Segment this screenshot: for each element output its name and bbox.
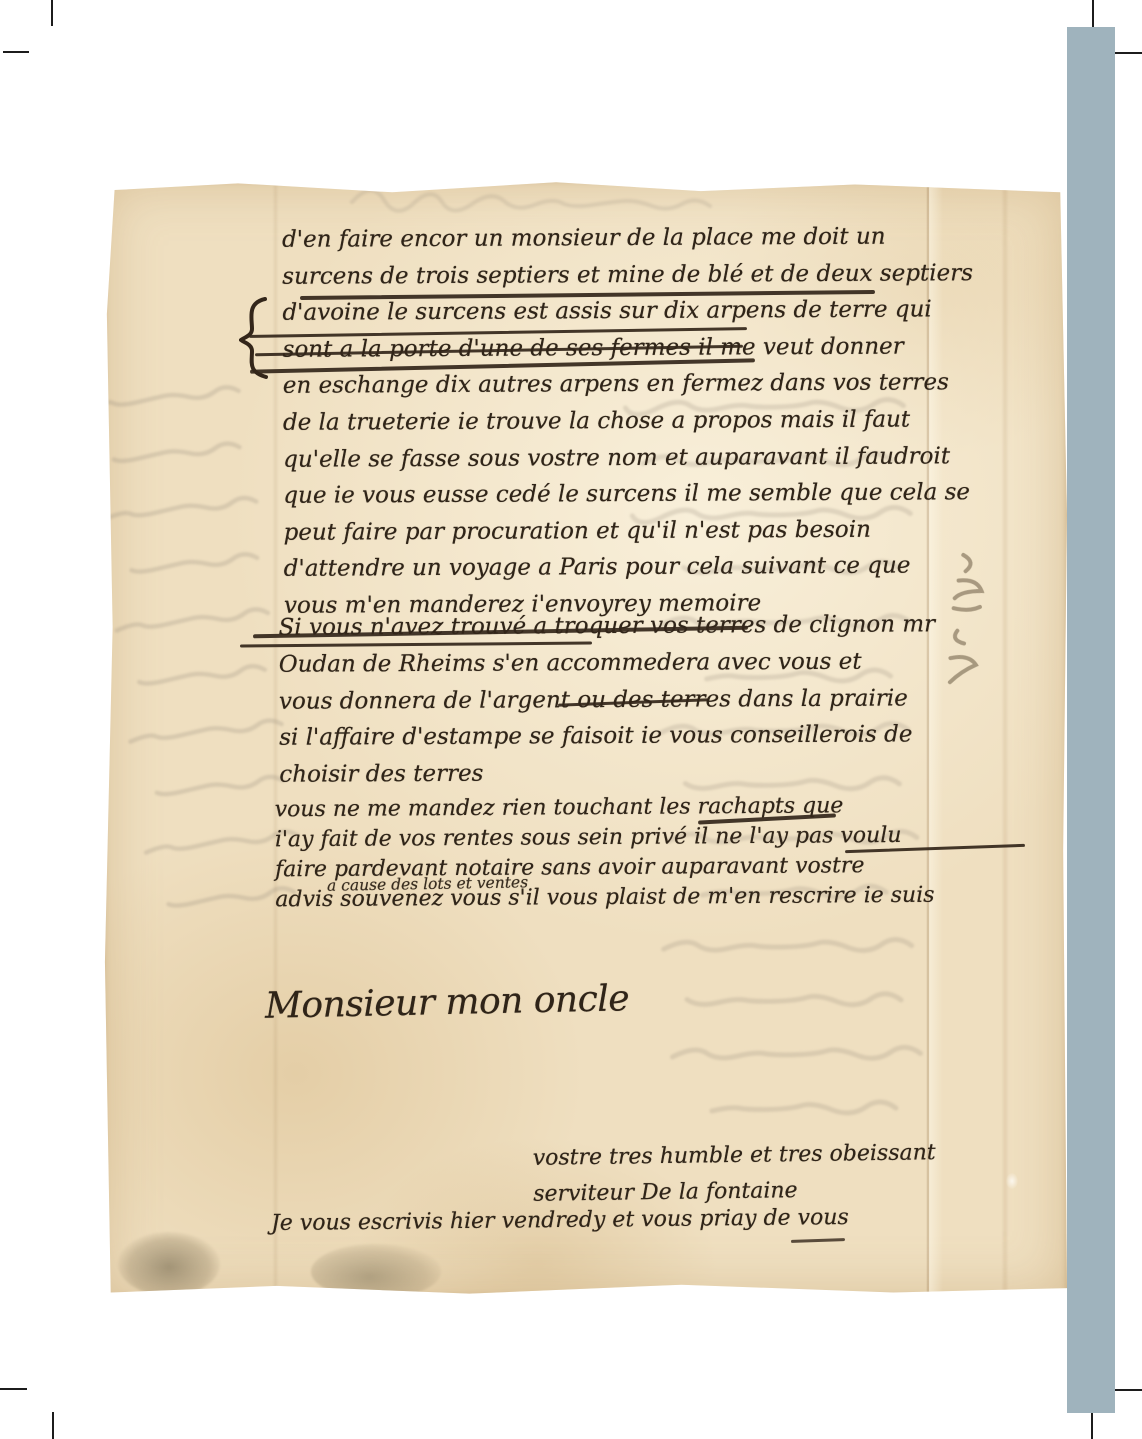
crop-mark-bottom-right-vertical bbox=[1091, 1413, 1093, 1439]
scanned-page: d'en faire encor un monsieur de la place… bbox=[0, 0, 1142, 1439]
crop-mark-top-right-horizontal bbox=[1115, 52, 1142, 54]
letter-line: si l'affaire d'estampe se faisoit ie vou… bbox=[279, 717, 936, 757]
letter-line: d'attendre un voyage a Paris pour cela s… bbox=[284, 548, 975, 588]
vertical-crease-right bbox=[1003, 180, 1007, 1297]
letter-line: de la trueterie ie trouve la chose a pro… bbox=[283, 401, 974, 441]
letter-line: que ie vous eusse cedé le surcens il me … bbox=[283, 474, 974, 514]
interline-insertion: a cause des lots et ventes bbox=[327, 873, 528, 895]
salutation: Monsieur mon oncle bbox=[265, 978, 630, 1027]
manuscript-sheet: d'en faire encor un monsieur de la place… bbox=[103, 180, 1067, 1297]
letter-line: i'ay fait de vos rentes sous sein privé … bbox=[275, 821, 934, 856]
letter-line: vous donnera de l'argent ou des terres d… bbox=[279, 680, 936, 720]
crop-mark-top-left-vertical bbox=[51, 0, 53, 26]
letter-line: vous ne me mandez rien touchant les rach… bbox=[275, 791, 934, 826]
letter-line: Oudan de Rheims s'en accommedera avec vo… bbox=[279, 643, 936, 683]
paper-stain bbox=[118, 1232, 220, 1296]
letter-line: surcens de trois septiers et mine de blé… bbox=[282, 255, 973, 295]
closing-and-signature: vostre tres humble et tres obeissant ser… bbox=[533, 1135, 937, 1213]
letter-line: qu'elle se fasse sous vostre nom et aupa… bbox=[283, 438, 974, 478]
letter-line: choisir des terres bbox=[279, 753, 936, 793]
letter-paragraph-1: d'en faire encor un monsieur de la place… bbox=[282, 218, 975, 624]
crop-mark-bottom-left-horizontal bbox=[0, 1388, 27, 1390]
crop-mark-top-right-vertical bbox=[1092, 0, 1094, 27]
crop-mark-bottom-left-vertical bbox=[52, 1412, 54, 1439]
paper-stain bbox=[311, 1244, 441, 1299]
closing-line: vostre tres humble et tres obeissant bbox=[533, 1135, 936, 1177]
ink-underline bbox=[791, 1238, 845, 1242]
crop-mark-bottom-right-horizontal bbox=[1115, 1389, 1142, 1391]
letter-paragraph-3: vous ne me mandez rien touchant les rach… bbox=[275, 791, 935, 916]
margin-color-bar bbox=[1067, 27, 1115, 1413]
paper-flaw-spot bbox=[1006, 1173, 1018, 1189]
letter-line: Si vous n'avez trouvé a troquer vos terr… bbox=[279, 606, 936, 646]
crop-mark-top-left-horizontal bbox=[3, 51, 29, 53]
letter-line: d'en faire encor un monsieur de la place… bbox=[282, 218, 973, 258]
postscript-line: Je vous escrivis hier vendredy et vous p… bbox=[271, 1205, 849, 1236]
letter-line: peut faire par procuration et qu'il n'es… bbox=[283, 511, 974, 551]
